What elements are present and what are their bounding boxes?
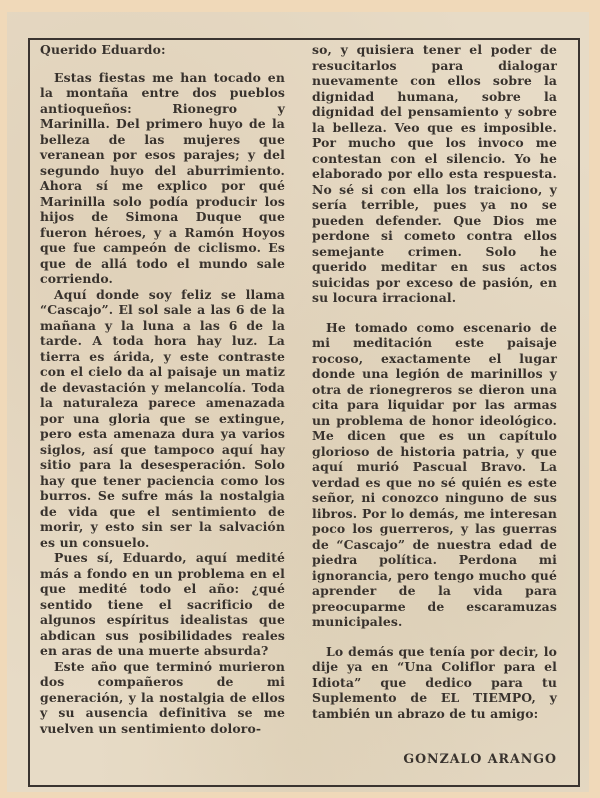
paragraph: Estas fiestas me han tocado en la montañ… <box>40 70 285 287</box>
paragraph: Este año que terminó murieron dos compañ… <box>40 659 285 737</box>
greeting: Querido Eduardo: <box>40 42 285 58</box>
left-column: Querido Eduardo: Estas fiestas me han to… <box>40 42 285 736</box>
paragraph: so, y quisiera tener el poder de resucit… <box>312 42 557 306</box>
paragraph: Pues sí, Eduardo, aquí medité más a fond… <box>40 550 285 659</box>
right-column: so, y quisiera tener el poder de resucit… <box>312 42 557 779</box>
signature: GONZALO ARANGO <box>312 751 557 767</box>
paragraph: Aquí donde soy feliz se llama “Cascajo”.… <box>40 287 285 551</box>
paragraph: He tomado como escenario de mi meditació… <box>312 320 557 630</box>
paragraph: Lo demás que tenía por decir, lo dije ya… <box>312 644 557 722</box>
